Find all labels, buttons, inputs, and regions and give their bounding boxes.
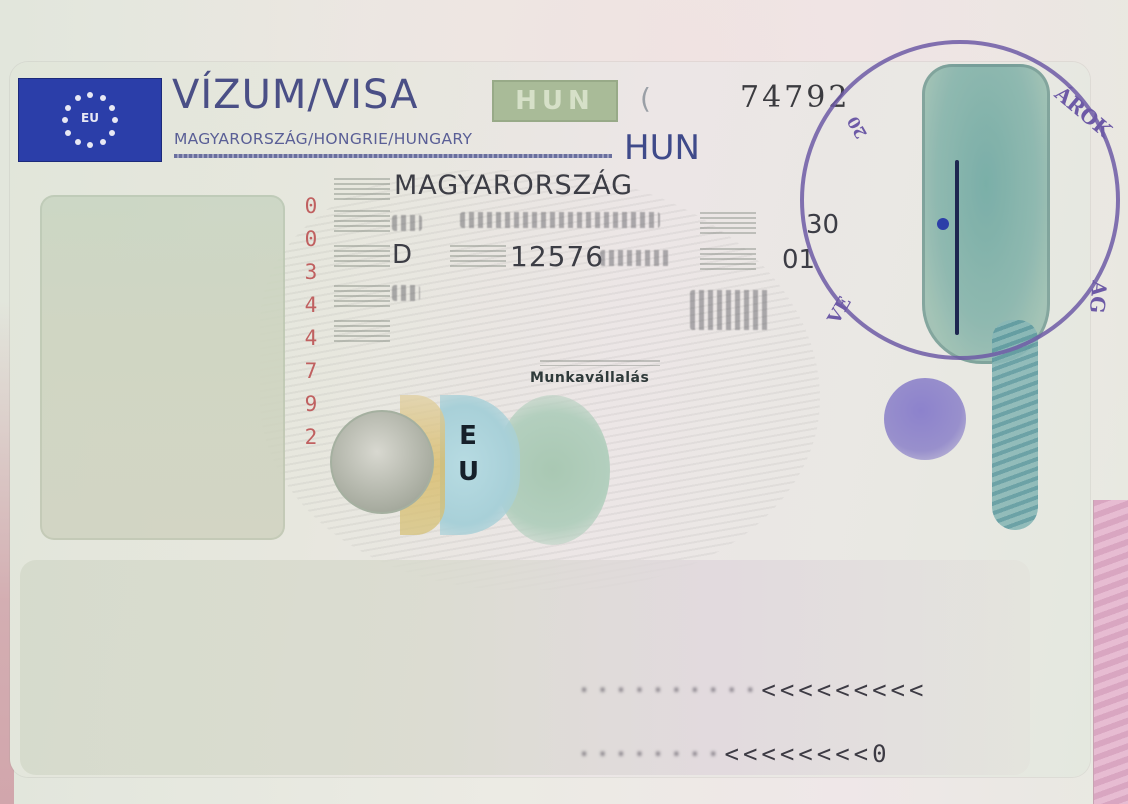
field-label-name (334, 320, 390, 342)
field-label-entries (700, 248, 756, 270)
eu-flag-icon: EU (18, 78, 162, 162)
signature-stroke (955, 160, 959, 335)
redacted-issue-place (392, 285, 420, 301)
page-edge-right (1093, 500, 1128, 804)
field-label-valid-for (334, 178, 390, 200)
field-label-duration (700, 212, 756, 234)
passport-number-value: 12576 (510, 240, 604, 273)
serial-number-vertical: 0 0 3 4 4 7 9 2 (296, 190, 326, 454)
bracket-mark: ( (640, 82, 651, 115)
field-label-issued (334, 285, 390, 307)
issuer-subtitle: MAGYARORSZÁG/HONGRIE/HUNGARY (174, 130, 472, 148)
small-ink-stamp (884, 378, 966, 460)
visa-title: VÍZUM/VISA (172, 72, 418, 118)
eu-star-icon (109, 105, 115, 111)
redacted-from-date (392, 215, 422, 231)
field-label-type (334, 245, 390, 267)
field-label-from (334, 210, 390, 232)
issuer-badge: HUN (492, 80, 618, 122)
eu-star-icon (100, 139, 106, 145)
visa-type-value: D (392, 240, 412, 270)
redacted-passport-suffix (600, 250, 670, 266)
eu-star-icon (87, 142, 93, 148)
eu-star-icon (87, 92, 93, 98)
eu-star-icon (75, 95, 81, 101)
hologram-eu-label: E U (458, 418, 478, 490)
eu-star-icon (65, 130, 71, 136)
country-code: HUN (624, 128, 700, 168)
eu-star-icon (65, 105, 71, 111)
hologram-kinegram-icon (330, 410, 434, 514)
remarks-value: Munkavállalás (530, 370, 649, 386)
mrz-line-1: ··········<<<<<<<<< (540, 648, 927, 704)
signature-dot (937, 218, 949, 230)
field-label-remarks (540, 360, 660, 366)
field-label-passport (450, 245, 506, 267)
eu-star-icon (109, 130, 115, 136)
valid-for-value: MAGYARORSZÁG (394, 170, 633, 201)
redacted-issue-date (690, 290, 770, 330)
eu-star-icon (100, 95, 106, 101)
mrz-line-2: ········<<<<<<<<0 (540, 712, 891, 768)
redacted-validity-dates (460, 212, 660, 228)
eu-flag-label: EU (19, 111, 161, 125)
stamp-text-right: AG (1085, 280, 1112, 315)
photo-area (40, 195, 285, 540)
microprint-rule (174, 154, 612, 158)
eu-star-icon (75, 139, 81, 145)
